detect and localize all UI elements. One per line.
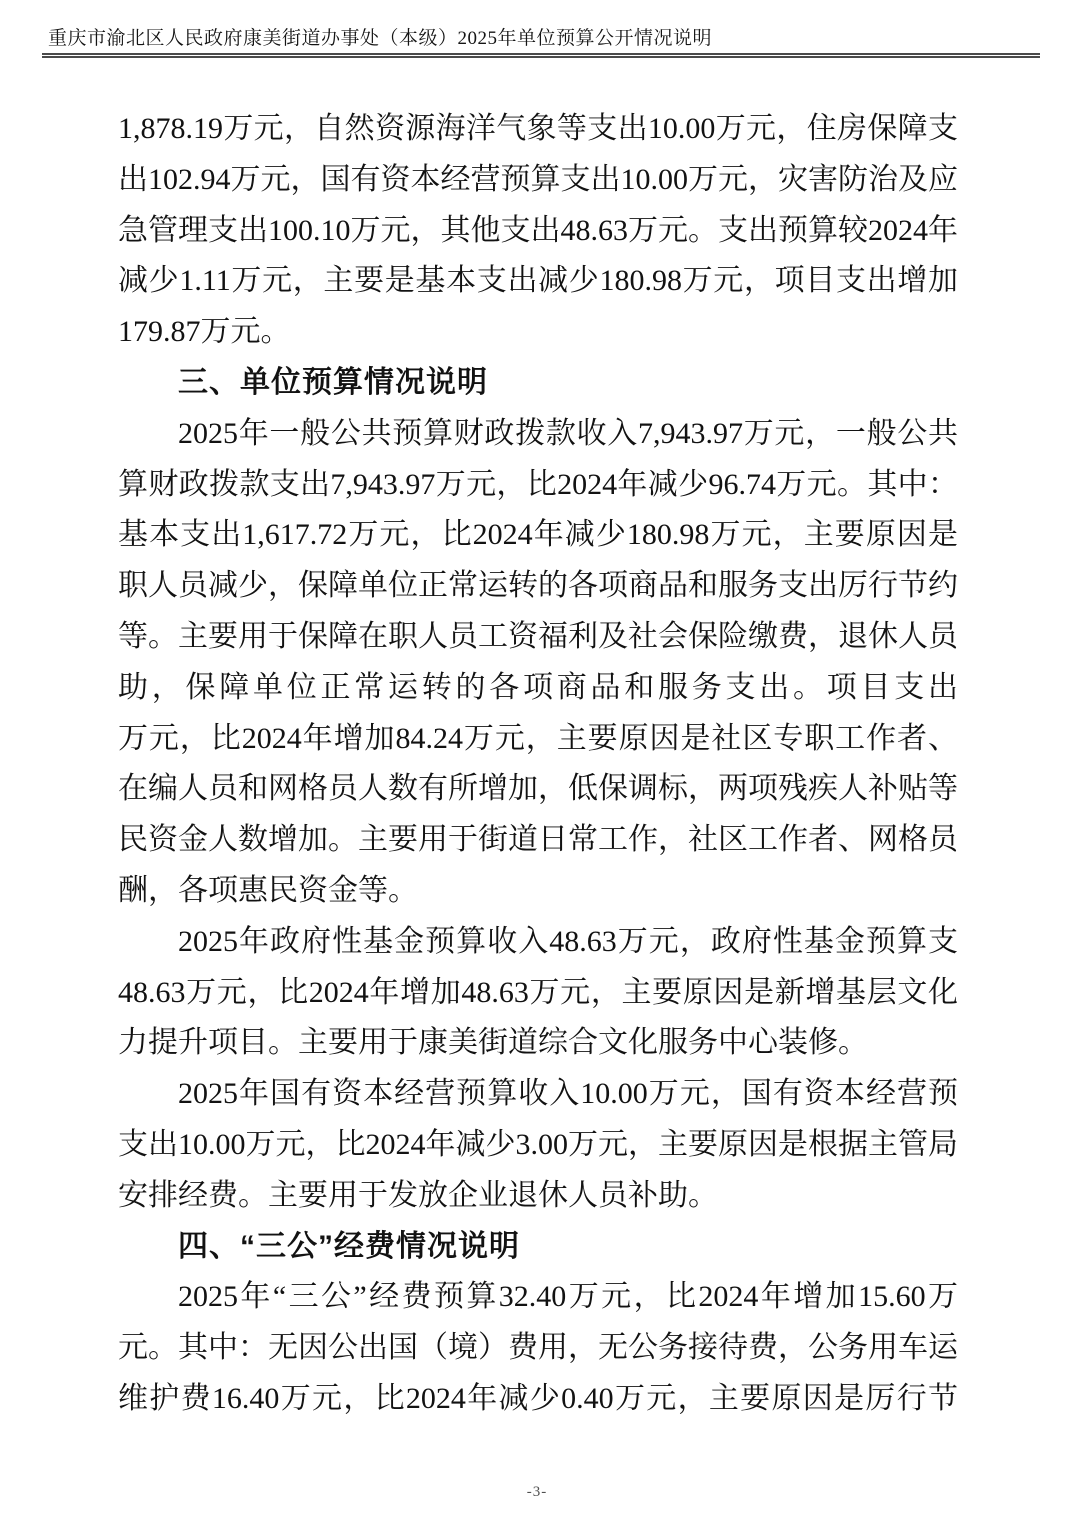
paragraph-expenditure-continued-line-5: 179.87万元。 (118, 307, 958, 358)
page-number: -3- (527, 1484, 548, 1500)
paragraph-general-public-budget-line-5: 等。主要用于保障在职人员工资福利及社会保险缴费，退休人员补 (118, 612, 958, 663)
paragraph-state-capital-budget-line-1: 2025年国有资本经营预算收入10.00万元，国有资本经营预算 (118, 1069, 958, 1120)
paragraph-state-capital-budget-line-2: 支出10.00万元，比2024年减少3.00万元，主要原因是根据主管局 (118, 1120, 958, 1171)
document-body: 1,878.19万元，自然资源海洋气象等支出10.00万元，住房保障支出102.… (118, 104, 958, 1425)
paragraph-three-public-funds-line-2: 元。其中：无因公出国（境）费用，无公务接待费，公务用车运行 (118, 1323, 958, 1374)
header-rule (42, 53, 1040, 58)
paragraph-government-fund-budget-line-1: 2025年政府性基金预算收入48.63万元，政府性基金预算支出 (118, 917, 958, 968)
paragraph-general-public-budget-line-8: 在编人员和网格员人数有所增加，低保调标，两项残疾人补贴等惠 (118, 764, 958, 815)
paragraph-general-public-budget-line-3: 基本支出1,617.72万元，比2024年减少180.98万元，主要原因是在 (118, 510, 958, 561)
paragraph-general-public-budget-line-2: 算财政拨款支出7,943.97万元，比2024年减少96.74万元。其中： (118, 460, 958, 511)
page-header: 重庆市渝北区人民政府康美街道办事处（本级）2025年单位预算公开情况说明 (42, 27, 1040, 58)
paragraph-general-public-budget-line-6: 助，保障单位正常运转的各项商品和服务支出。项目支出6,326.26 (118, 663, 958, 714)
paragraph-expenditure-continued-line-4: 减少1.11万元，主要是基本支出减少180.98万元，项目支出增加 (118, 256, 958, 307)
paragraph-three-public-funds-line-1: 2025年“三公”经费预算32.40万元，比2024年增加15.60万 (118, 1272, 958, 1323)
paragraph-general-public-budget-line-1: 2025年一般公共预算财政拨款收入7,943.97万元，一般公共预 (118, 409, 958, 460)
paragraph-expenditure-continued-line-3: 急管理支出100.10万元，其他支出48.63万元。支出预算较2024年 (118, 206, 958, 257)
document-page: 重庆市渝北区人民政府康美街道办事处（本级）2025年单位预算公开情况说明 1,8… (0, 0, 1074, 1520)
paragraph-three-public-funds-line-3: 维护费16.40万元，比2024年减少0.40万元，主要原因是厉行节 (118, 1374, 958, 1425)
paragraph-general-public-budget-line-4: 职人员减少，保障单位正常运转的各项商品和服务支出厉行节约 (118, 561, 958, 612)
paragraph-expenditure-continued-line-2: 出102.94万元，国有资本经营预算支出10.00万元，灾害防治及应 (118, 155, 958, 206)
paragraph-general-public-budget-line-10: 酬，各项惠民资金等。 (118, 866, 958, 917)
section-heading-three-public-funds: 四、“三公”经费情况说明 (118, 1222, 958, 1273)
header-title: 重庆市渝北区人民政府康美街道办事处（本级）2025年单位预算公开情况说明 (42, 27, 1040, 51)
paragraph-general-public-budget-line-7: 万元，比2024年增加84.24万元，主要原因是社区专职工作者、非 (118, 714, 958, 765)
section-heading-unit-budget: 三、单位预算情况说明 (118, 358, 958, 409)
paragraph-government-fund-budget-line-3: 力提升项目。主要用于康美街道综合文化服务中心装修。 (118, 1018, 958, 1069)
paragraph-government-fund-budget-line-2: 48.63万元，比2024年增加48.63万元，主要原因是新增基层文化能 (118, 968, 958, 1019)
paragraph-expenditure-continued-line-1: 1,878.19万元，自然资源海洋气象等支出10.00万元，住房保障支 (118, 104, 958, 155)
paragraph-state-capital-budget-line-3: 安排经费。主要用于发放企业退休人员补助。 (118, 1171, 958, 1222)
page-footer: -3- (0, 1482, 1074, 1502)
paragraph-general-public-budget-line-9: 民资金人数增加。主要用于街道日常工作，社区工作者、网格员薪 (118, 815, 958, 866)
